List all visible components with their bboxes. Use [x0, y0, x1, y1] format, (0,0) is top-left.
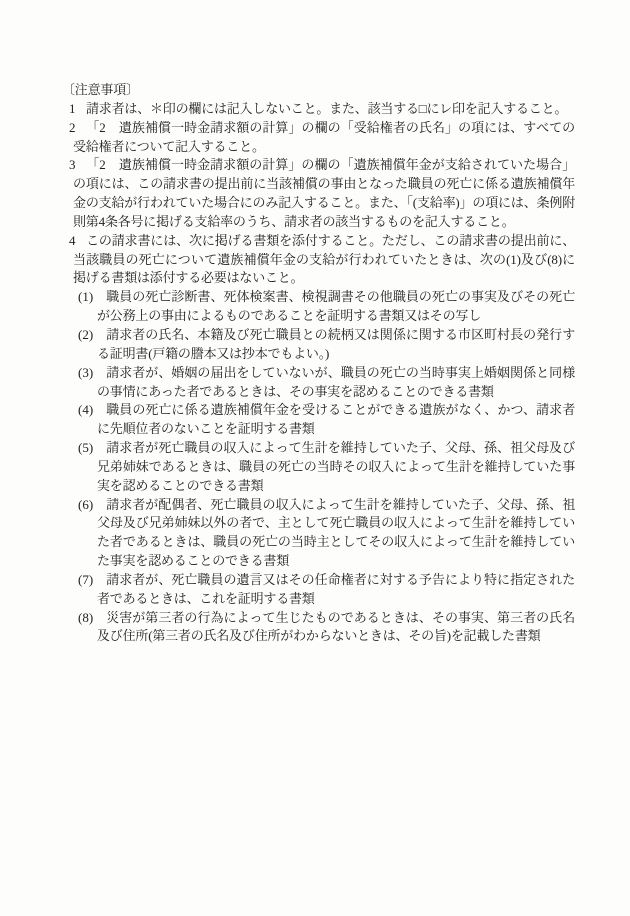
attachment-documents-list: (1)職員の死亡診断書、死体検案書、検視調書その他職員の死亡の事実及びその死亡が… — [61, 288, 575, 646]
attachment-item-6-number: (6) — [78, 496, 106, 515]
note-item-4: 4この請求書には、次に掲げる書類を添付すること。ただし、この請求書の提出前に、当… — [61, 232, 575, 289]
attachment-item-4: (4)職員の死亡に係る遺族補償年金を受けることができる遺族がなく、かつ、請求者に… — [61, 401, 575, 439]
attachment-item-2-text: 請求者の氏名、本籍及び死亡職員との続柄又は関係に関する市区町村長の発行する証明書… — [97, 327, 575, 361]
note-item-3-number: 3 — [69, 156, 86, 175]
attachment-item-1-number: (1) — [78, 288, 106, 307]
attachment-item-5-text: 請求者が死亡職員の収入によって生計を維持していた子、父母、孫、祖父母及び兄弟姉妹… — [97, 440, 575, 493]
note-item-2: 2「2 遺族補償一時金請求額の計算」の欄の「受給権者の氏名」の項には、すべての受… — [61, 119, 575, 157]
attachment-item-2: (2)請求者の氏名、本籍及び死亡職員との続柄又は関係に関する市区町村長の発行する… — [61, 326, 575, 364]
note-item-2-text: 「2 遺族補償一時金請求額の計算」の欄の「受給権者の氏名」の項には、すべての受給… — [73, 120, 575, 154]
note-item-4-number: 4 — [69, 232, 86, 251]
note-item-3-text: 「2 遺族補償一時金請求額の計算」の欄の「遺族補償年金が支給されていた場合」の項… — [73, 157, 575, 229]
notes-title: 〔注意事項〕 — [61, 81, 575, 100]
attachment-item-5-number: (5) — [78, 439, 106, 458]
attachment-item-4-number: (4) — [78, 401, 106, 420]
note-item-1-number: 1 — [69, 100, 86, 119]
attachment-item-6: (6)請求者が配偶者、死亡職員の収入によって生計を維持していた子、父母、孫、祖父… — [61, 496, 575, 571]
attachment-item-7: (7)請求者が、死亡職員の遺言又はその任命権者に対する予告により特に指定された者… — [61, 571, 575, 609]
attachment-item-8-text: 災害が第三者の行為によって生じたものであるときは、その事実、第三者の氏名及び住所… — [97, 610, 575, 644]
attachment-item-7-text: 請求者が、死亡職員の遺言又はその任命権者に対する予告により特に指定された者である… — [97, 572, 575, 606]
note-item-1: 1請求者は、＊印の欄には記入しないこと。また、該当する□にレ印を記入すること。 — [61, 100, 575, 119]
attachment-item-8: (8)災害が第三者の行為によって生じたものであるときは、その事実、第三者の氏名及… — [61, 609, 575, 647]
attachment-item-8-number: (8) — [78, 609, 106, 628]
note-item-1-text: 請求者は、＊印の欄には記入しないこと。また、該当する□にレ印を記入すること。 — [86, 101, 567, 116]
notes-list: 1請求者は、＊印の欄には記入しないこと。また、該当する□にレ印を記入すること。 … — [61, 100, 575, 646]
note-item-3: 3「2 遺族補償一時金請求額の計算」の欄の「遺族補償年金が支給されていた場合」の… — [61, 156, 575, 231]
attachment-item-4-text: 職員の死亡に係る遺族補償年金を受けることができる遺族がなく、かつ、請求者に先順位… — [97, 402, 575, 436]
attachment-item-2-number: (2) — [78, 326, 106, 345]
attachment-item-3: (3)請求者が、婚姻の届出をしていないが、職員の死亡の当時事実上婚姻関係と同様の… — [61, 364, 575, 402]
attachment-item-6-text: 請求者が配偶者、死亡職員の収入によって生計を維持していた子、父母、孫、祖父母及び… — [97, 497, 575, 569]
attachment-item-3-number: (3) — [78, 364, 106, 383]
notes-document: 〔注意事項〕 1請求者は、＊印の欄には記入しないこと。また、該当する□にレ印を記… — [0, 0, 630, 646]
note-item-4-text: この請求書には、次に掲げる書類を添付すること。ただし、この請求書の提出前に、当該… — [73, 233, 575, 286]
attachment-item-7-number: (7) — [78, 571, 106, 590]
notes-page: 〔注意事項〕 1請求者は、＊印の欄には記入しないこと。また、該当する□にレ印を記… — [0, 0, 630, 916]
attachment-item-1: (1)職員の死亡診断書、死体検案書、検視調書その他職員の死亡の事実及びその死亡が… — [61, 288, 575, 326]
attachment-item-5: (5)請求者が死亡職員の収入によって生計を維持していた子、父母、孫、祖父母及び兄… — [61, 439, 575, 496]
note-item-2-number: 2 — [69, 119, 86, 138]
attachment-item-1-text: 職員の死亡診断書、死体検案書、検視調書その他職員の死亡の事実及びその死亡が公務上… — [97, 289, 575, 323]
attachment-item-3-text: 請求者が、婚姻の届出をしていないが、職員の死亡の当時事実上婚姻関係と同様の事情に… — [97, 365, 575, 399]
